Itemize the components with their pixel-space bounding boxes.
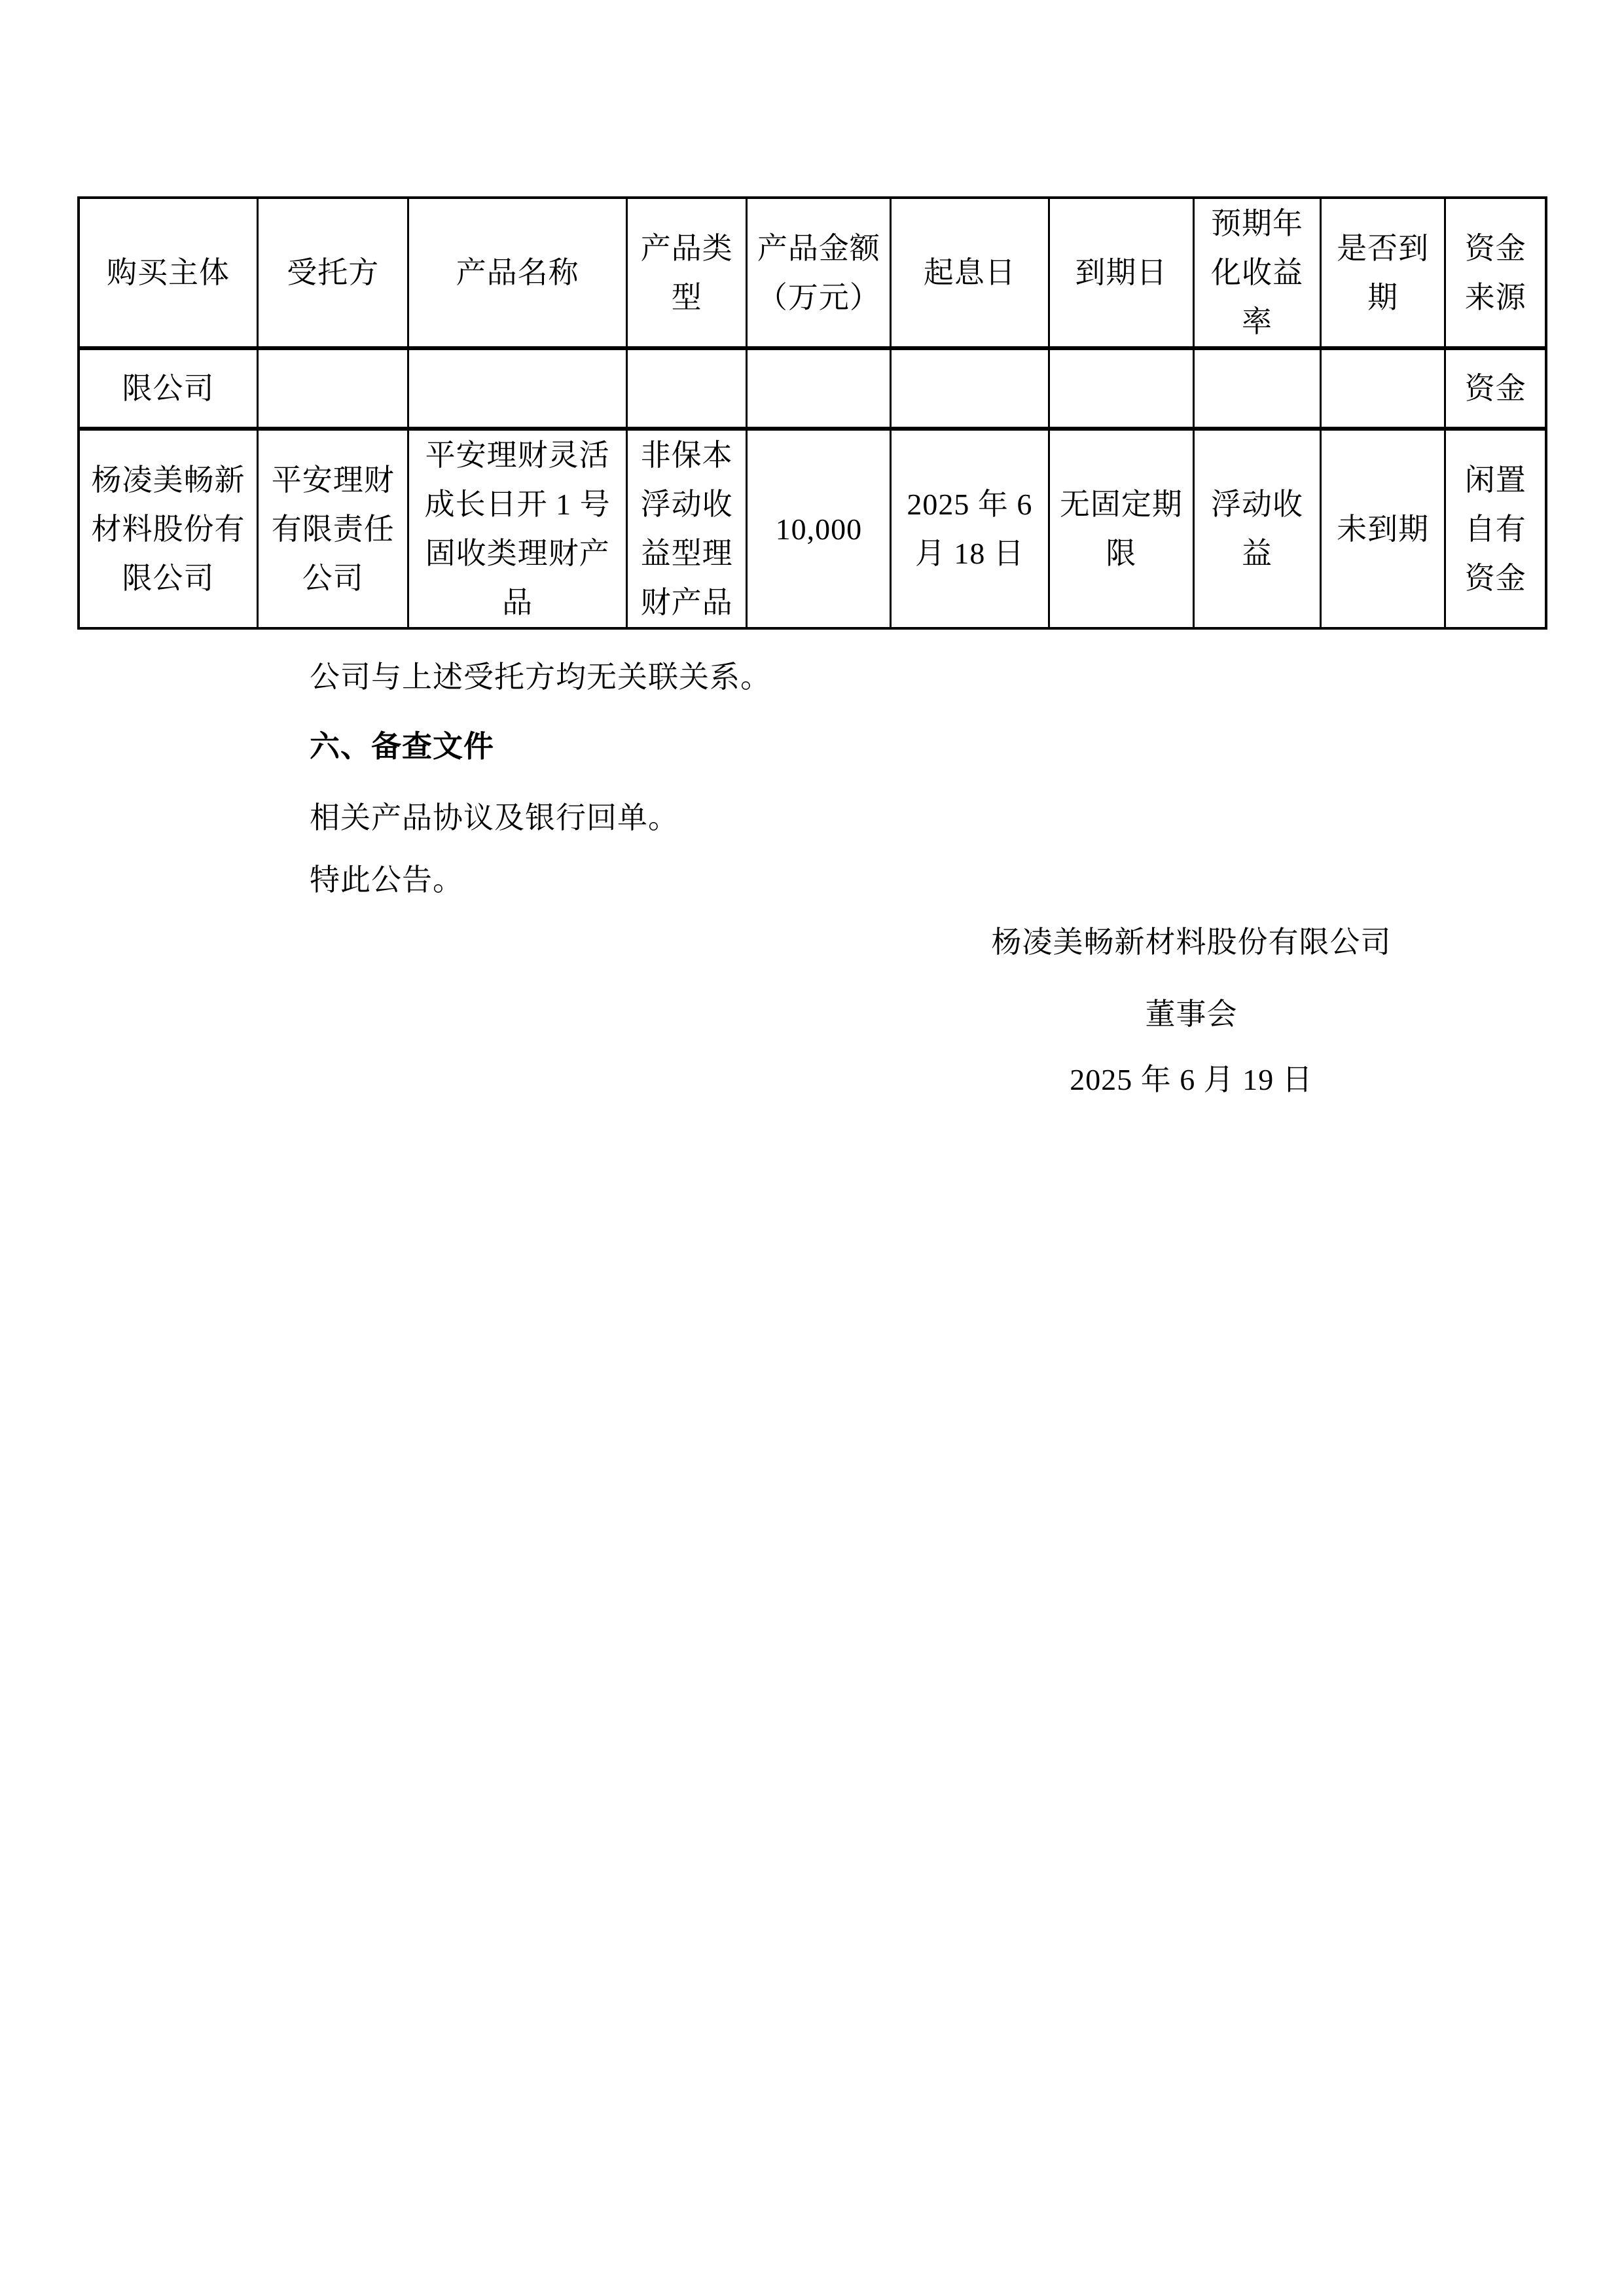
table-cell: 资金 [1445,348,1546,429]
value-date-cell: 2025 年 6 月 18 日 [891,429,1049,628]
section-heading-reference-documents: 六、备查文件 [310,728,494,764]
matured-status-header: 是否到 期 [1320,198,1445,348]
table-cell [408,348,626,429]
expected-yield-cell: 浮动收 益 [1194,429,1321,628]
signature-date: 2025 年 6 月 19 日 [916,1062,1466,1098]
value-date-header: 起息日 [891,198,1049,348]
wealth-product-table: 购买主体 受托方 产品名称 产品类 型 产品金额 （万元） 起息日 到期日 预期… [77,196,1547,630]
trustee-cell: 平安理财 有限责任 公司 [258,429,408,628]
reference-documents-paragraph: 相关产品协议及银行回单。 [310,800,679,836]
signature-company-name: 杨凌美畅新材料股份有限公司 [916,925,1466,960]
table-cell [891,348,1049,429]
table-header-row: 购买主体 受托方 产品名称 产品类 型 产品金额 （万元） 起息日 到期日 预期… [79,198,1546,348]
table-row-product: 杨凌美畅新 材料股份有 限公司 平安理财 有限责任 公司 平安理财灵活 成长日开… [79,429,1546,628]
announcement-page: 购买主体 受托方 产品名称 产品类 型 产品金额 （万元） 起息日 到期日 预期… [0,0,1624,2296]
purchase-entity-header: 购买主体 [79,198,258,348]
closing-paragraph: 特此公告。 [310,863,463,898]
signature-board-of-directors: 董事会 [916,997,1466,1032]
table-cell [1194,348,1321,429]
table-row-continuation: 限公司 资金 [79,348,1546,429]
table-cell: 限公司 [79,348,258,429]
product-name-header: 产品名称 [408,198,626,348]
table-cell [1320,348,1445,429]
no-affiliation-paragraph: 公司与上述受托方均无关联关系。 [310,660,771,695]
expected-yield-header: 预期年 化收益 率 [1194,198,1321,348]
table-cell [1049,348,1194,429]
trustee-header: 受托方 [258,198,408,348]
fund-source-header: 资金 来源 [1445,198,1546,348]
product-type-header: 产品类 型 [626,198,747,348]
fund-source-cell: 闲置 自有 资金 [1445,429,1546,628]
product-name-cell: 平安理财灵活 成长日开 1 号 固收类理财产 品 [408,429,626,628]
table-cell [747,348,891,429]
maturity-date-cell: 无固定期 限 [1049,429,1194,628]
product-amount-header: 产品金额 （万元） [747,198,891,348]
maturity-date-header: 到期日 [1049,198,1194,348]
matured-status-cell: 未到期 [1320,429,1445,628]
table-cell [258,348,408,429]
table-cell [626,348,747,429]
product-amount-cell: 10,000 [747,429,891,628]
product-type-cell: 非保本 浮动收 益型理 财产品 [626,429,747,628]
purchase-entity-cell: 杨凌美畅新 材料股份有 限公司 [79,429,258,628]
